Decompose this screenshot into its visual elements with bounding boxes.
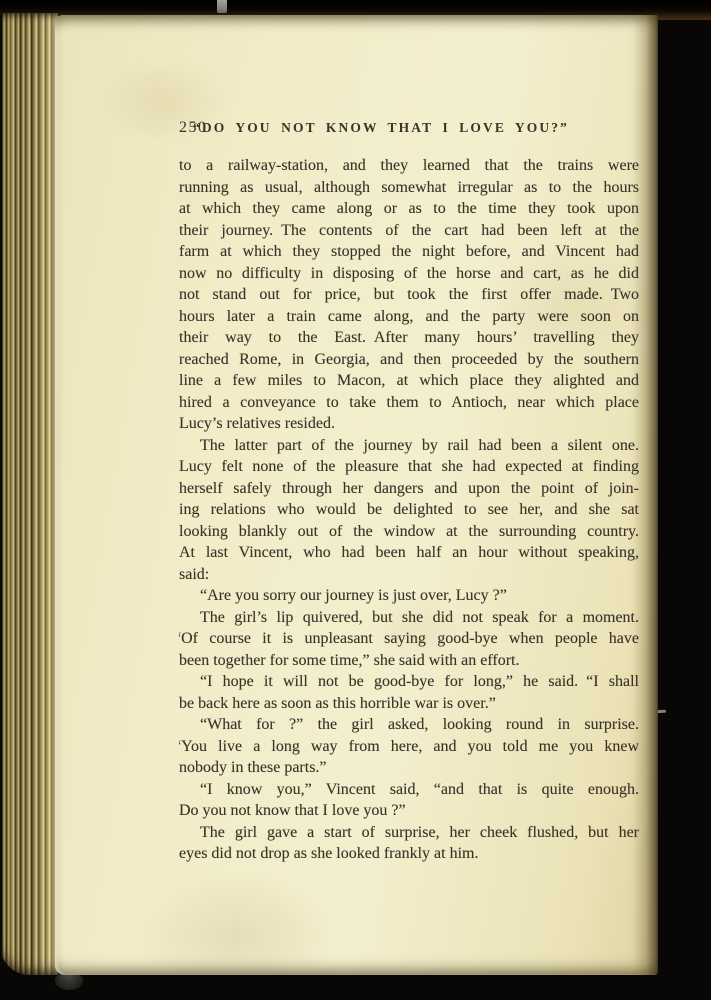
text-block: to a railway-station, and they learned t… bbox=[179, 155, 639, 865]
text-line: reached Rome, in Georgia, and then proce… bbox=[179, 349, 639, 371]
text-line: The girl’s lip quivered, but she did not… bbox=[179, 607, 639, 629]
text-line: their way to the East. After many hours’… bbox=[179, 327, 639, 349]
book-page: 250 “DO YOU NOT KNOW THAT I LOVE YOU?” t… bbox=[55, 15, 658, 975]
text-line: “Of course it is unpleasant saying good-… bbox=[179, 628, 639, 650]
text-line: now no difficulty in disposing of the ho… bbox=[179, 263, 639, 285]
text-line: “Are you sorry our journey is just over,… bbox=[179, 585, 639, 607]
text-line: nobody in these parts.” bbox=[179, 757, 639, 779]
text-line: running as usual, although somewhat irre… bbox=[179, 177, 639, 199]
text-line: not stand out for price, but took the fi… bbox=[179, 284, 639, 306]
page-header: 250 “DO YOU NOT KNOW THAT I LOVE YOU?” bbox=[179, 117, 639, 139]
text-line: Do you not know that I love you ?” bbox=[179, 800, 639, 822]
text-line: to a railway-station, and they learned t… bbox=[179, 155, 639, 177]
text-line: Lucy’s relatives resided. bbox=[179, 413, 639, 435]
margin-pencil-mark bbox=[654, 710, 666, 713]
scanner-shadow bbox=[55, 973, 83, 990]
text-line: Lucy felt none of the pleasure that she … bbox=[179, 456, 639, 478]
text-line: said: bbox=[179, 564, 639, 586]
text-line: At last Vincent, who had been half an ho… bbox=[179, 542, 639, 564]
book-scan: 250 “DO YOU NOT KNOW THAT I LOVE YOU?” t… bbox=[0, 0, 711, 1000]
text-line: farm at which they stopped the night bef… bbox=[179, 241, 639, 263]
running-title: “DO YOU NOT KNOW THAT I LOVE YOU?” bbox=[179, 120, 639, 136]
text-line: The girl gave a start of surprise, her c… bbox=[179, 822, 639, 844]
text-line: been together for some time,” she said w… bbox=[179, 650, 639, 672]
text-line: line a few miles to Macon, at which plac… bbox=[179, 370, 639, 392]
text-line: at which they came along or as to the ti… bbox=[179, 198, 639, 220]
text-line: looking blankly out of the window at the… bbox=[179, 521, 639, 543]
text-line: “I hope it will not be good-bye for long… bbox=[179, 671, 639, 693]
text-line: herself safely through her dangers and u… bbox=[179, 478, 639, 500]
text-line: “You live a long way from here, and you … bbox=[179, 736, 639, 758]
book-page-edges bbox=[0, 13, 58, 975]
text-line: eyes did not drop as she looked frankly … bbox=[179, 843, 639, 865]
text-line: ing relations who would be delighted to … bbox=[179, 499, 639, 521]
text-line: their journey. The contents of the cart … bbox=[179, 220, 639, 242]
text-line: be back here as soon as this horrible wa… bbox=[179, 693, 639, 715]
text-line: hours later a train came along, and the … bbox=[179, 306, 639, 328]
text-line: “What for ?” the girl asked, looking rou… bbox=[179, 714, 639, 736]
scanner-clip bbox=[217, 0, 227, 13]
text-line: The latter part of the journey by rail h… bbox=[179, 435, 639, 457]
text-line: hired a conveyance to take them to Antio… bbox=[179, 392, 639, 414]
text-line: “I know you,” Vincent said, “and that is… bbox=[179, 779, 639, 801]
